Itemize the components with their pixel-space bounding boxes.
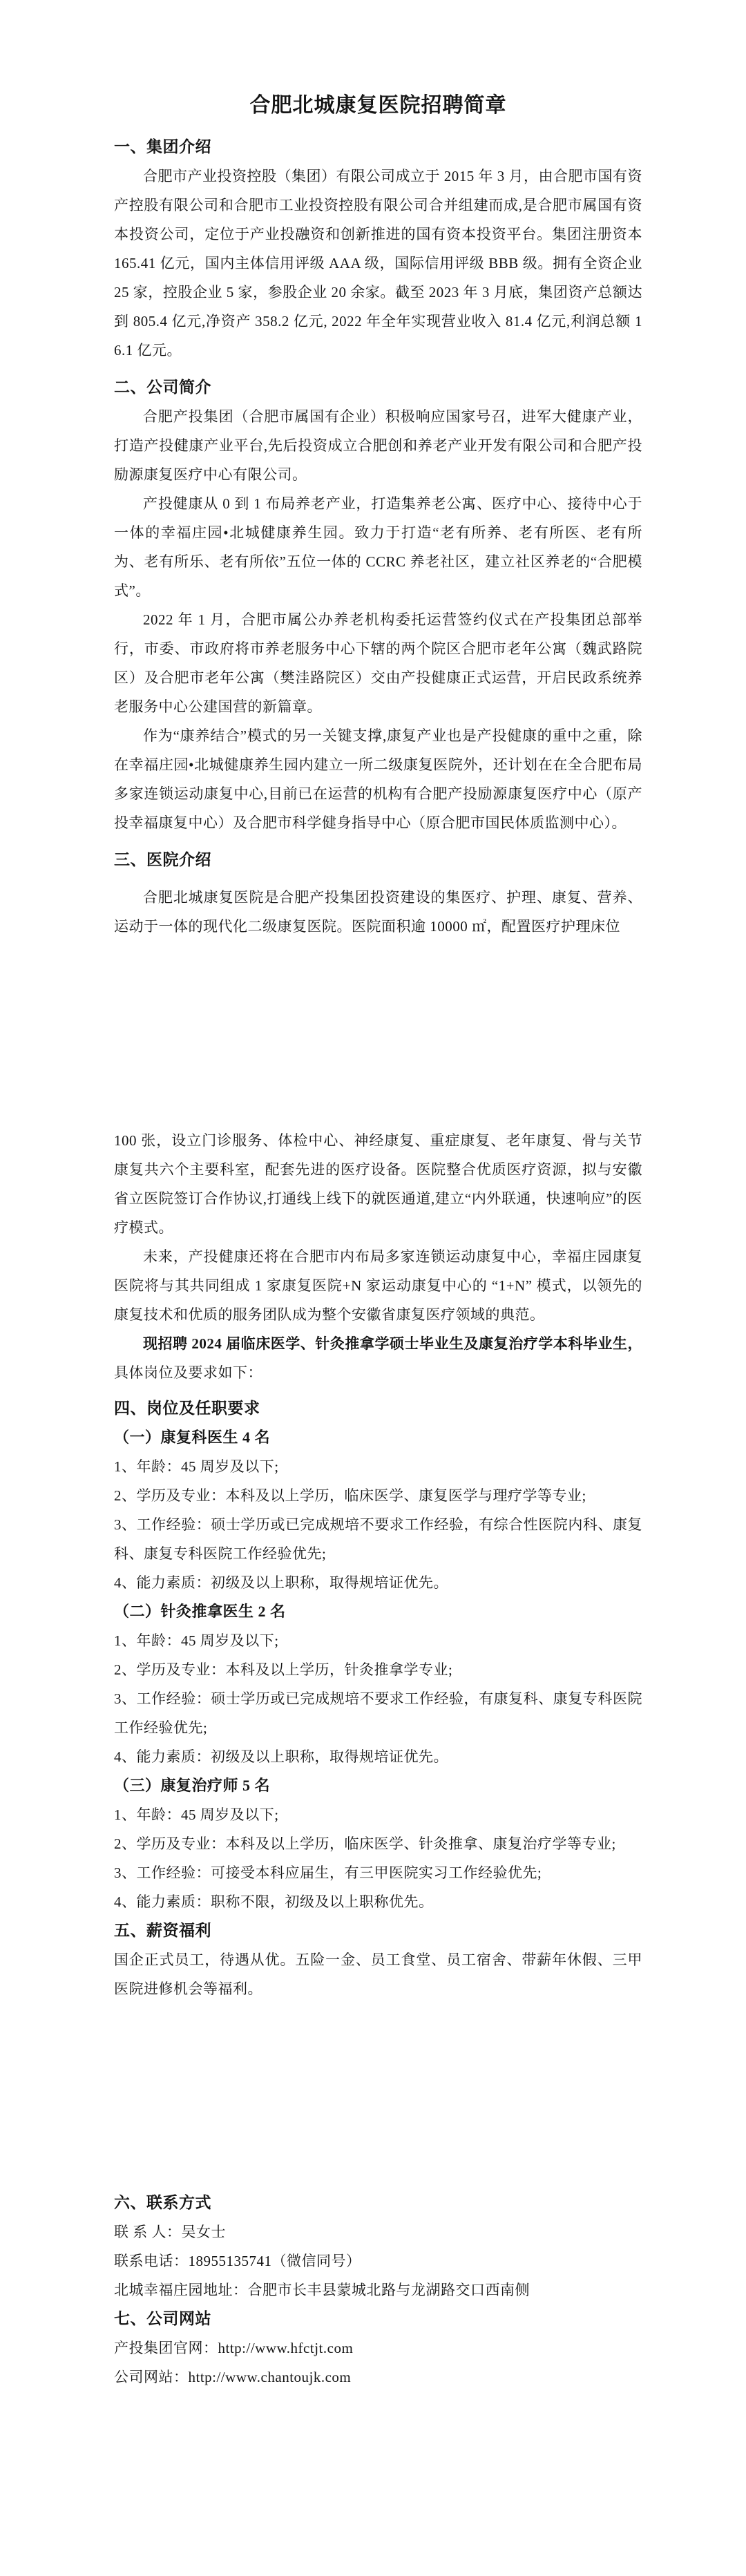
job-1-req-2: 2、学历及专业：本科及以上学历，临床医学、康复医学与理疗学等专业; [114,1481,642,1510]
section-1-paragraph-1: 合肥市产业投资控股（集团）有限公司成立于 2015 年 3 月，由合肥市国有资产… [114,162,642,365]
job-2-req-1: 1、年龄：45 周岁及以下; [114,1626,642,1655]
section-3-paragraph-2: 未来，产投健康还将在合肥市内布局多家连锁运动康复中心，幸福庄园康复医院将与其共同… [114,1242,642,1329]
section-1-heading: 一、集团介绍 [114,133,642,162]
job-1-req-3: 3、工作经验：硕士学历或已完成规培不要求工作经验，有综合性医院内科、康复科、康复… [114,1510,642,1568]
section-5-heading: 五、薪资福利 [114,1916,642,1945]
page-break-gap-1 [114,941,642,1126]
job-2-req-4: 4、能力素质：初级及以上职称，取得规培证优先。 [114,1742,642,1771]
job-1-req-4: 4、能力素质：初级及以上职称，取得规培证优先。 [114,1568,642,1597]
job-3-req-4: 4、能力素质：职称不限，初级及以上职称优先。 [114,1887,642,1916]
section-3-paragraph-1-part-a: 合肥北城康复医院是合肥产投集团投资建设的集医疗、护理、康复、营养、运动于一体的现… [114,883,642,941]
section-5-paragraph-1: 国企正式员工，待遇从优。五险一金、员工食堂、员工宿舍、带薪年休假、三甲医院进修机… [114,1945,642,2003]
group-website-line: 产投集团官网：http://www.hfctjt.com [114,2334,642,2363]
section-4-heading: 四、岗位及任职要求 [114,1394,642,1423]
job-2-title: （二）针灸推拿医生 2 名 [114,1597,642,1626]
job-3-req-3: 3、工作经验：可接受本科应届生，有三甲医院实习工作经验优先; [114,1858,642,1887]
contact-phone: 联系电话：18955135741（微信同号） [114,2246,642,2276]
section-7-heading: 七、公司网站 [114,2305,642,2334]
section-6-heading: 六、联系方式 [114,2188,642,2217]
recruit-notice-rest: 具体岗位及要求如下： [114,1364,262,1381]
section-3-paragraph-1-part-b: 100 张，设立门诊服务、体检中心、神经康复、重症康复、老年康复、骨与关节康复共… [114,1126,642,1242]
contact-person: 联 系 人：吴女士 [114,2217,642,2246]
job-1-req-1: 1、年龄：45 周岁及以下; [114,1452,642,1481]
section-3-paragraph-3: 现招聘 2024 届临床医学、针灸推拿学硕士毕业生及康复治疗学本科毕业生，具体岗… [114,1329,642,1387]
job-2-req-2: 2、学历及专业：本科及以上学历，针灸推拿学专业; [114,1655,642,1684]
document-page: 合肥北城康复医院招聘简章 一、集团介绍 合肥市产业投资控股（集团）有限公司成立于… [0,0,746,2576]
doc-title: 合肥北城康复医院招聘简章 [114,87,642,124]
recruit-notice-bold: 现招聘 2024 届临床医学、针灸推拿学硕士毕业生及康复治疗学本科毕业生， [143,1335,642,1352]
job-3-req-1: 1、年龄：45 周岁及以下; [114,1800,642,1829]
job-3-req-2: 2、学历及专业：本科及以上学历，临床医学、针灸推拿、康复治疗学等专业; [114,1829,642,1858]
job-3-title: （三）康复治疗师 5 名 [114,1771,642,1800]
section-2-paragraph-4: 作为“康养结合”模式的另一关键支撑,康复产业也是产投健康的重中之重，除在幸福庄园… [114,721,642,837]
section-2-paragraph-1: 合肥产投集团（合肥市属国有企业）积极响应国家号召，进军大健康产业，打造产投健康产… [114,402,642,489]
company-website-line: 公司网站：http://www.chantoujk.com [114,2363,642,2392]
job-1-title: （一）康复科医生 4 名 [114,1423,642,1452]
section-2-paragraph-2: 产投健康从 0 到 1 布局养老产业，打造集养老公寓、医疗中心、接待中心于一体的… [114,489,642,605]
page-break-gap-2 [114,2003,642,2188]
section-3-heading: 三、医院介绍 [114,846,642,875]
section-2-heading: 二、公司简介 [114,373,642,402]
contact-address: 北城幸福庄园地址：合肥市长丰县蒙城北路与龙湖路交口西南侧 [114,2276,642,2305]
section-2-paragraph-3: 2022 年 1 月，合肥市属公办养老机构委托运营签约仪式在产投集团总部举行，市… [114,605,642,721]
job-2-req-3: 3、工作经验：硕士学历或已完成规培不要求工作经验，有康复科、康复专科医院工作经验… [114,1684,642,1742]
